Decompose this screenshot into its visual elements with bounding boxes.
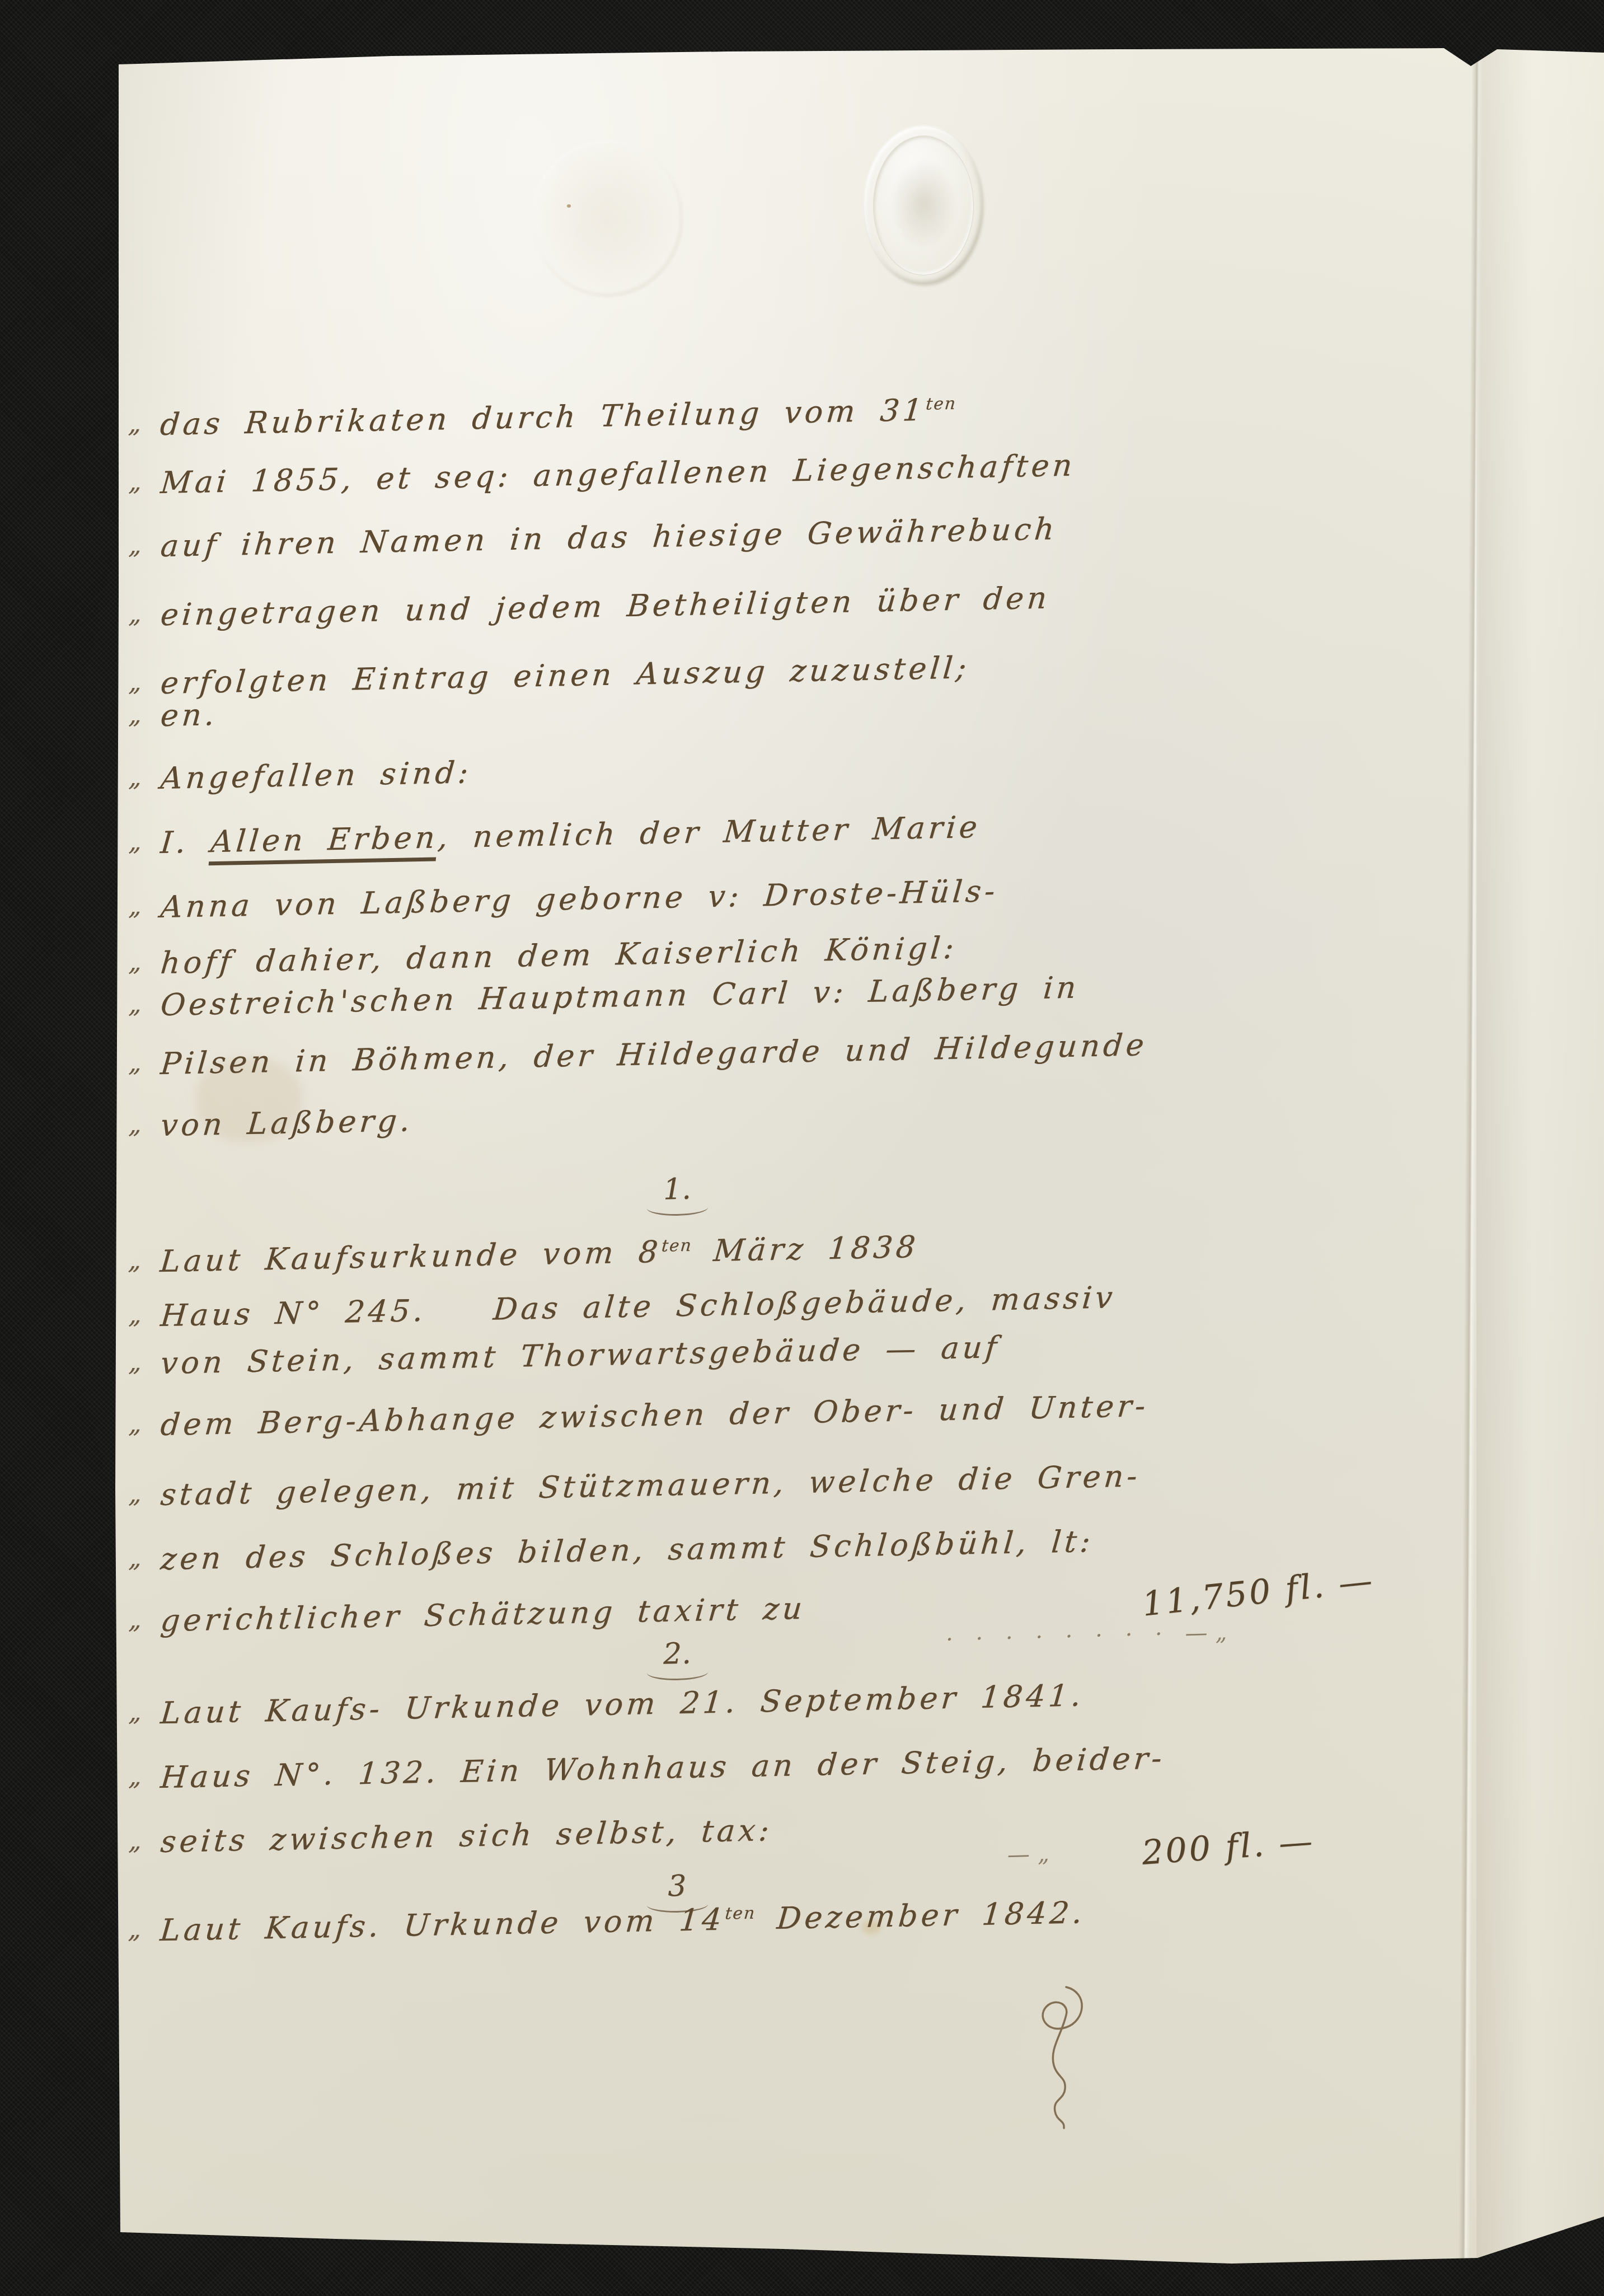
ditto-mark: „: [127, 1041, 147, 1086]
handwritten-line: „erfolgten Eintrag einen Auszug zuzustel…: [126, 644, 972, 711]
document-page: „das Rubrikaten durch Theilung vom 31ten…: [112, 34, 1604, 2272]
ditto-mark: „: [127, 1536, 147, 1581]
ditto-mark: „: [127, 884, 147, 929]
ditto-mark: „: [127, 755, 147, 800]
section-number-1: 1.: [604, 1172, 750, 1217]
ditto-mark: „: [127, 819, 147, 865]
handwritten-heading-line: „I. Allen Erben, nemlich der Mutter Mari…: [126, 804, 982, 870]
dotted-leader: · · · · · · · · —„: [945, 1619, 1235, 1652]
ditto-mark: „: [127, 1472, 147, 1517]
handwritten-line: „zen des Schloßes bilden, sammt Schloßbü…: [126, 1518, 1095, 1587]
ditto-mark: „: [127, 1102, 147, 1147]
ditto-mark: „: [127, 1340, 147, 1385]
handwritten-line: „von Laßberg.: [126, 1097, 415, 1153]
ditto-mark: „: [127, 1690, 147, 1735]
handwritten-line: „seits zwischen sich selbst, tax:: [126, 1807, 774, 1869]
dash-leader: —„: [1007, 1841, 1057, 1868]
handwritten-line: „dem Berg-Abhange zwischen der Ober- und…: [126, 1383, 1151, 1452]
handwritten-line: „en.: [126, 691, 219, 743]
handwritten-line: „Laut Kaufsurkunde vom 8ten März 1838: [126, 1219, 921, 1285]
handwritten-line: „eingetragen und jedem Betheiligten über…: [126, 574, 1052, 643]
ditto-mark: „: [126, 401, 147, 447]
appraisal-amount-11750: 11,750 fl. —: [1140, 1561, 1376, 1624]
ditto-mark: „: [127, 1597, 147, 1643]
ditto-mark: „: [127, 1819, 147, 1864]
ditto-mark: „: [127, 982, 147, 1027]
handwritten-line: „Laut Kaufs- Urkunde vom 21. September 1…: [126, 1672, 1086, 1741]
faint-round-embossed-stamp-icon: [532, 140, 683, 297]
ditto-mark: „: [127, 592, 147, 637]
ditto-mark: „: [127, 1402, 147, 1447]
oval-blind-embossed-seal-icon: [864, 126, 983, 284]
ditto-mark: „: [127, 460, 147, 505]
handwritten-line: „stadt gelegen, mit Stützmauern, welche …: [126, 1452, 1142, 1522]
handwritten-line: „das Rubrikaten durch Theilung vom 31ten: [126, 382, 958, 448]
ditto-mark: „: [126, 1238, 147, 1283]
paper-speck: [567, 204, 571, 208]
underlined-heading: Allen Erben: [209, 819, 439, 865]
photograph-dark-fabric-background: { "document": { "ink_color": "#5d4930", …: [0, 0, 1604, 2296]
section-number-2: 2.: [604, 1636, 750, 1682]
appraisal-amount-200: 200 fl. —: [1141, 1821, 1316, 1872]
handwritten-line: „Mai 1855, et seq: angefallenen Liegensc…: [126, 442, 1077, 510]
handwritten-line: „Pilsen in Böhmen, der Hildegarde und Hi…: [126, 1022, 1149, 1091]
handwritten-line: „Haus N°. 132. Ein Wohnhaus an der Steig…: [126, 1735, 1167, 1805]
handwritten-line: „auf ihren Namen in das hiesige Gewähreb…: [126, 505, 1059, 574]
ditto-mark: „: [127, 1292, 147, 1338]
ink-flourish-swirl-icon: [982, 1981, 1094, 2133]
handwritten-line: „Anna von Laßberg geborne v: Droste-Hüls…: [126, 868, 1000, 935]
handwritten-line: „Laut Kaufs. Urkunde vom 14ten Dezember …: [126, 1885, 1087, 1953]
ditto-mark: „: [126, 1907, 147, 1952]
ditto-mark: „: [127, 1754, 147, 1800]
ditto-mark: „: [127, 940, 147, 985]
ditto-mark: „: [127, 692, 147, 738]
handwritten-line: „Angefallen sind:: [126, 749, 473, 806]
ditto-mark: „: [127, 523, 147, 568]
second-leaf-edge-shading: [1476, 34, 1604, 2272]
